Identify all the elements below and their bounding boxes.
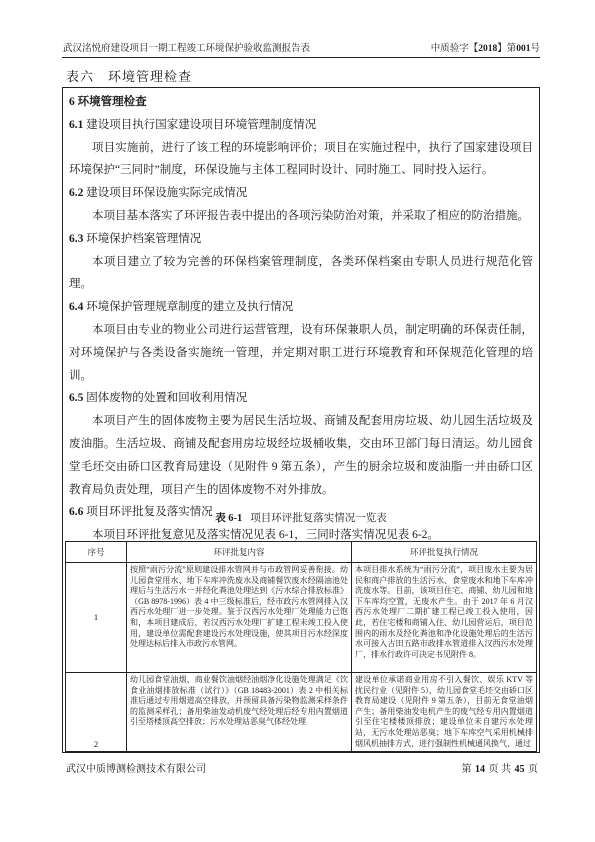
table-6-1-caption: 表 6-1项目环评批复落实情况一览表 (65, 512, 537, 526)
document-page: 武汉洺悦府建设项目一期工程竣工环境保护验收监测报告表 中质验字【2018】第00… (0, 0, 595, 842)
table-6-1: 序号 环评批复内容 环评批复执行情况 1 按照“雨污分流”原则建设排水管网并与市… (65, 541, 537, 752)
section-6-title: 环境管理检查 (78, 96, 147, 108)
doc-number-mid: 】第 (497, 44, 516, 54)
header-rule (62, 57, 540, 58)
section-6-4-title: 环境保护管理规章制度的建立及执行情况 (86, 301, 293, 313)
section-6-4-heading: 6.4 环境保护管理规章制度的建立及执行情况 (69, 296, 533, 319)
doc-number-prefix: 中质验字【 (431, 44, 479, 54)
section-6-3-paragraph: 本项目建立了较为完善的环保档案管理制度，各类环保档案由专职人员进行规范化管理。 (69, 251, 533, 297)
doc-number-serial: 001 (516, 44, 530, 54)
row-1-index: 1 (66, 563, 127, 673)
table-6-1-caption-title: 项目环评批复落实情况一览表 (250, 513, 387, 524)
section-6-3-heading: 6.3 环境保护档案管理情况 (69, 228, 533, 251)
row-2-index: 2 (66, 673, 127, 752)
section-6-4-number: 6.4 (69, 301, 83, 313)
section-6-2-title: 建设项目环保设施实际完成情况 (86, 187, 247, 199)
doc-number-year: 2018 (478, 44, 497, 54)
row-2-approval-content: 幼儿园食堂油烟、商业餐饮油烟经油烟净化设施处理满足《饮食业油烟排放标准（试行）》… (127, 673, 352, 752)
table-6-1-header-row: 序号 环评批复内容 环评批复执行情况 (66, 542, 537, 563)
section-6-1-heading: 6.1 建设项目执行国家建设项目环境管理制度情况 (69, 114, 533, 137)
section-6-2-paragraph: 本项目基本落实了环评报告表中提出的各项污染防治对策，并采取了相应的防治措施。 (69, 205, 533, 228)
row-2-execution-status: 建设单位承诺商业用房不引入餐饮、娱乐 KTV 等扰民行业（见附件 5），幼儿园食… (352, 673, 537, 752)
footer-page-post: 页 (528, 764, 538, 775)
section-6-5-number: 6.5 (69, 392, 83, 404)
table-row: 1 按照“雨污分流”原则建设排水管网并与市政管网妥善衔接。幼儿园食堂用水、地下车… (66, 563, 537, 673)
section-6-5-title: 固体废物的处置和回收利用情况 (86, 392, 247, 404)
section-6-1-paragraph: 项目实施前，进行了该工程的环境影响评价；项目在实施过程中，执行了国家建设项目环境… (69, 137, 533, 183)
footer-page-number: 第 14 页 共 45 页 (462, 760, 539, 775)
doc-number: 中质验字【2018】第001号 (431, 40, 540, 54)
section-6-1-title: 建设项目执行国家建设项目环境管理制度情况 (86, 119, 316, 131)
table-6-1-caption-label: 表 6-1 (215, 513, 242, 524)
table-row: 2 幼儿园食堂油烟、商业餐饮油烟经油烟净化设施处理满足《饮食业油烟排放标准（试行… (66, 673, 537, 752)
column-header-index: 序号 (66, 542, 127, 563)
section-6-5-paragraph: 本项目产生的固体废物主要为居民生活垃圾、商铺及配套用房垃圾、幼儿园生活垃圾及废油… (69, 410, 533, 501)
column-header-approval-content: 环评批复内容 (127, 542, 352, 563)
section-6-3-number: 6.3 (69, 233, 83, 245)
section-6-2-heading: 6.2 建设项目环保设施实际完成情况 (69, 182, 533, 205)
section-6-heading: 6 环境管理检查 (69, 91, 533, 114)
footer-page-pre: 第 (462, 764, 472, 775)
page-header: 武汉洺悦府建设项目一期工程竣工环境保护验收监测报告表 中质验字【2018】第00… (63, 40, 540, 54)
row-1-approval-content: 按照“雨污分流”原则建设排水管网并与市政管网妥善衔接。幼儿园食堂用水、地下车库冲… (127, 563, 352, 673)
footer-page-total: 45 (514, 764, 526, 775)
section-6-1-number: 6.1 (69, 119, 83, 131)
footer-company: 武汉中质博测检测技术有限公司 (66, 760, 206, 775)
report-title: 武汉洺悦府建设项目一期工程竣工环境保护验收监测报告表 (63, 40, 310, 54)
content-box: 6 环境管理检查 6.1 建设项目执行国家建设项目环境管理制度情况 项目实施前，… (62, 87, 540, 753)
box-caption: 表六 环境管理检查 (66, 66, 192, 85)
page-footer: 武汉中质博测检测技术有限公司 第 14 页 共 45 页 (66, 760, 538, 775)
footer-page-current: 14 (474, 764, 486, 775)
table-6-1-area: 表 6-1项目环评批复落实情况一览表 序号 环评批复内容 环评批复执行情况 1 … (65, 512, 537, 752)
footer-page-mid: 页 共 (489, 764, 512, 775)
section-6-3-title: 环境保护档案管理情况 (86, 233, 201, 245)
section-6-4-paragraph: 本项目由专业的物业公司进行运营管理，设有环保兼职人员，制定明确的环保责任制，对环… (69, 319, 533, 387)
section-6-2-number: 6.2 (69, 187, 83, 199)
section-6-5-heading: 6.5 固体废物的处置和回收利用情况 (69, 387, 533, 410)
row-1-execution-status: 本项目排水系统为“雨污分流”，项目废水主要为居民和商户排放的生活污水、食堂废水和… (352, 563, 537, 673)
section-6-number: 6 (69, 96, 75, 108)
column-header-execution-status: 环评批复执行情况 (352, 542, 537, 563)
text-flow: 6 环境管理检查 6.1 建设项目执行国家建设项目环境管理制度情况 项目实施前，… (63, 88, 539, 547)
doc-number-suffix: 号 (530, 44, 540, 54)
